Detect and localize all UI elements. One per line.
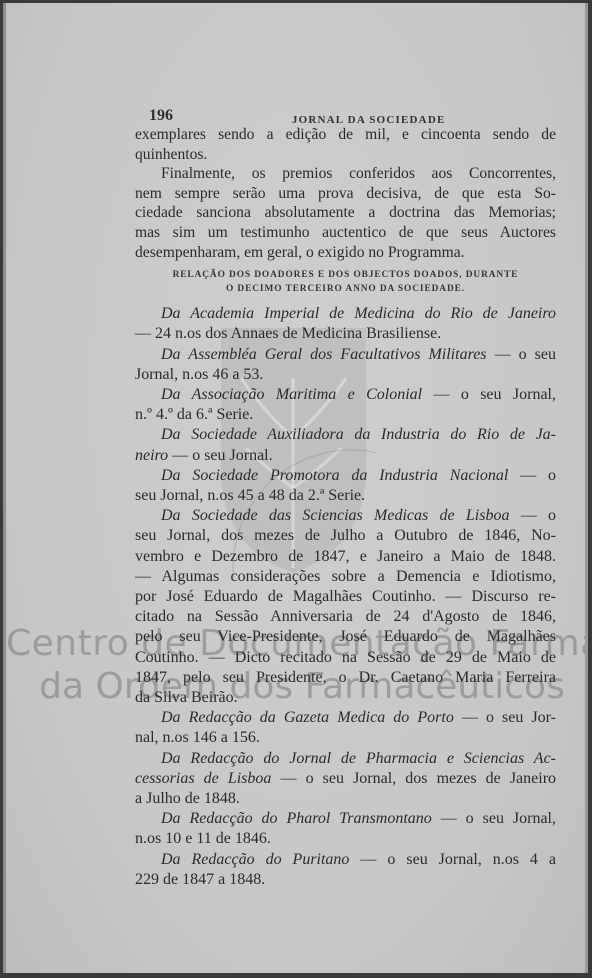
donor-name: Da Redacção do Jornal de Pharmacia e Sci…: [161, 750, 556, 767]
text-line: nal, n.os 146 a 156.: [135, 728, 556, 748]
text-fragment: — o seu Jornal.: [172, 447, 272, 464]
text-fragment: — o seu: [495, 346, 556, 363]
text-line: Jornal, n.os 46 a 53.: [135, 365, 556, 385]
text-line: seu Jornal, dos mezes de Julho a Outubro…: [135, 526, 556, 546]
text-line: 229 de 1847 a 1848.: [135, 870, 556, 890]
donor-name: Da Redacção do Pharol Transmontano: [161, 810, 432, 827]
page-body: 196 JORNAL DA SOCIEDADE exemplares sendo…: [135, 103, 556, 890]
text-line: 1847, pelo seu Presidente, o Dr. Caetano…: [135, 668, 556, 688]
donor-name: Da Assembléa Geral dos Facultativos Mili…: [161, 346, 487, 363]
text-line: seu Jornal, n.os 45 a 48 da 2.ª Serie.: [135, 486, 556, 506]
donation-entry: Da Academia Imperial de Medicina do Rio …: [135, 304, 556, 344]
donor-name-continued: neiro: [135, 447, 168, 464]
text-line: pelo seu Vice-Presidente, José Eduardo d…: [135, 627, 556, 647]
text-line: citado na Sessão Anniversaria de 24 d'Ag…: [135, 607, 556, 627]
donor-name: Da Sociedade das Sciencias Medicas de Li…: [161, 507, 509, 524]
text-fragment: — o seu Jornal, n.os 4 a: [360, 851, 556, 868]
donor-name: Da Redacção do Puritano: [161, 851, 349, 868]
text-line: mas sim um testimunho auctentico de que …: [135, 223, 556, 243]
donor-name: Da Sociedade Auxiliadora da Industria do…: [161, 426, 556, 443]
heading-line: RELAÇÃO DOS DOADORES E DOS OBJECTOS DOAD…: [135, 268, 556, 282]
text-line: Coutinho. — Dicto recitado na Sessão de …: [135, 648, 556, 668]
donor-name: Da Sociedade Promotora da Industria Naci…: [161, 467, 508, 484]
heading-line: O DECIMO TERCEIRO ANNO DA SOCIEDADE.: [135, 282, 556, 296]
text-line: — Algumas considerações sobre a Demencia…: [135, 567, 556, 587]
text-line: nem sempre serão uma prova decisiva, de …: [135, 184, 556, 204]
text-line: exemplares sendo a edição de mil, e cinc…: [135, 125, 556, 145]
intro-paragraph-2: Finalmente, os premios conferidos aos Co…: [135, 164, 556, 262]
text-line: n.º 4.º da 6.ª Serie.: [135, 405, 556, 425]
text-fragment: — o: [521, 507, 556, 524]
text-line: por José Eduardo de Magalhães Coutinho. …: [135, 587, 556, 607]
text-fragment: — o seu Jornal,: [441, 810, 556, 827]
donation-entry: Da Redacção do Puritano — o seu Jornal, …: [135, 850, 556, 890]
text-line: a Julho de 1848.: [135, 789, 556, 809]
donation-entry: Da Redacção do Pharol Transmontano — o s…: [135, 809, 556, 849]
text-line: Finalmente, os premios conferidos aos Co…: [135, 164, 556, 184]
donor-name: Da Redacção da Gazeta Medica do Porto: [161, 709, 454, 726]
text-fragment: — o: [520, 467, 556, 484]
donation-entry: Da Associação Maritima e Colonial — o se…: [135, 385, 556, 425]
donation-entry: Da Sociedade das Sciencias Medicas de Li…: [135, 506, 556, 708]
scanned-page: Centro de Documentação Farmacêutica da O…: [3, 3, 588, 973]
donor-name: Da Associação Maritima e Colonial: [161, 386, 422, 403]
text-line: quinhentos.: [135, 145, 556, 165]
donation-entry: Da Sociedade Auxiliadora da Industria do…: [135, 425, 556, 465]
donation-entry: Da Sociedade Promotora da Industria Naci…: [135, 466, 556, 506]
text-fragment: — o seu Jornal, dos mezes de Janeiro: [281, 770, 557, 787]
text-line: da Silva Beirão.: [135, 688, 556, 708]
page-number: 196: [149, 107, 173, 124]
text-line: ciedade sanciona absolutamente a doctrin…: [135, 203, 556, 223]
donation-entry: Da Redacção do Jornal de Pharmacia e Sci…: [135, 749, 556, 810]
donation-entry: Da Redacção da Gazeta Medica do Porto — …: [135, 708, 556, 748]
donation-entry: Da Assembléa Geral dos Facultativos Mili…: [135, 345, 556, 385]
text-line: n.os 10 e 11 de 1846.: [135, 829, 556, 849]
intro-paragraph-1: exemplares sendo a edição de mil, e cinc…: [135, 125, 556, 164]
text-line: — 24 n.os dos Annaes de Medicina Brasili…: [135, 324, 556, 344]
running-head: 196 JORNAL DA SOCIEDADE: [135, 103, 556, 125]
text-line: vembro e Dezembro de 1847, e Janeiro a M…: [135, 547, 556, 567]
section-heading: RELAÇÃO DOS DOADORES E DOS OBJECTOS DOAD…: [135, 268, 556, 296]
donor-name-continued: cessorias de Lisboa: [135, 770, 271, 787]
text-fragment: — o seu Jornal,: [433, 386, 556, 403]
donor-name: Da Academia Imperial de Medicina do Rio …: [161, 305, 556, 322]
text-fragment: — o seu Jor-: [462, 709, 556, 726]
text-line: desempenharam, em geral, o exigido no Pr…: [135, 243, 556, 263]
